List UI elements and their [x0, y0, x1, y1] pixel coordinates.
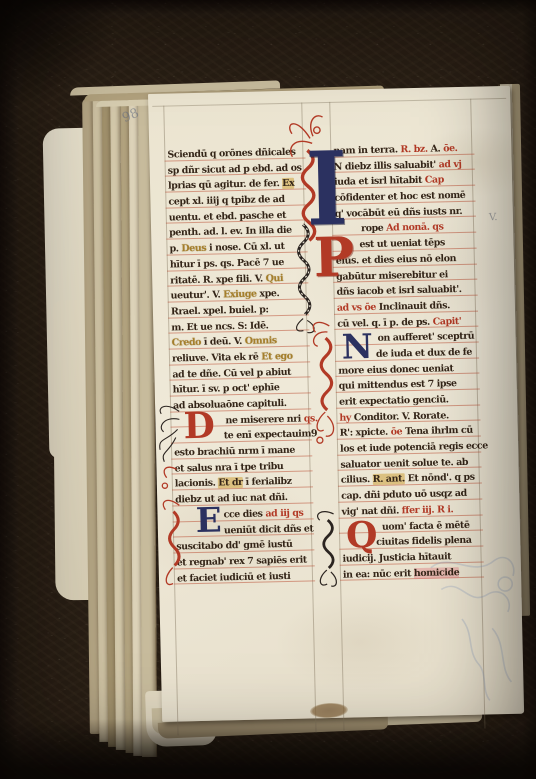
text-segment: ueniūt dicit dñs et — [224, 523, 314, 536]
text-segment: i nose. Cū xl. ut — [206, 241, 285, 254]
text-segment: los et iude potenciā regis ecce — [340, 440, 488, 454]
text-segment: N diebz illis saluabit' — [334, 159, 439, 172]
illuminated-initial-E: E — [177, 500, 226, 541]
text-segment: qui mittendus est 7 ipse — [339, 378, 457, 392]
text-segment: cce dies — [223, 508, 265, 520]
text-segment: ciuitas fidelis plena — [376, 535, 472, 548]
text-segment: rope — [361, 223, 386, 235]
illuminated-initial-N: N — [329, 327, 374, 368]
text-segment: Credo — [172, 337, 202, 349]
red-penwork-flourish-icon — [156, 461, 187, 592]
illuminated-initial-P: P — [301, 220, 347, 321]
text-segment: Exiuge — [223, 289, 257, 301]
manuscript-photograph: 98 V. Sciendū q orōnes dñicalessp dñr si… — [0, 0, 536, 779]
text-segment: Capit' — [433, 316, 462, 328]
text-segment: ōe — [391, 427, 406, 438]
black-penwork-flourish-icon — [309, 508, 339, 589]
margin-pencil-mark: V. — [489, 212, 498, 223]
text-segment: ffer iij. R i. — [402, 504, 454, 516]
text-segment: et salus nra ī tpe tribu — [174, 461, 283, 474]
text-segment: cōfidenter et hoc est nomē — [334, 190, 465, 204]
black-penwork-flourish-icon — [155, 399, 182, 464]
text-segment: saluator uenit solue te. ab — [340, 457, 468, 471]
show-through-sketch — [420, 548, 525, 760]
text-segment: reliuve. Vita ek rē — [172, 351, 262, 364]
text-segment: p. — [169, 243, 181, 254]
text-segment: ritatē. R. xpe fili. V. — [170, 273, 266, 286]
text-segment: cept xl. iiij q tpibz de ad — [168, 194, 284, 208]
text-segment: cilius. — [341, 474, 373, 486]
red-penwork-flourish-icon — [305, 318, 342, 449]
manuscript-page: 98 V. Sciendū q orōnes dñicalessp dñr si… — [148, 86, 524, 722]
text-segment: on aufferet' sceptrū — [377, 331, 474, 344]
text-segment: de iuda et dux de fe — [376, 347, 472, 360]
black-penwork-flourish-icon — [289, 222, 321, 333]
text-segment: Et ego — [261, 351, 293, 363]
text-segment: erit expectatio genciū. — [339, 394, 449, 407]
text-segment: te enī expectauim9 — [224, 429, 318, 442]
text-segment: hītur. ī sv. p oct' ephīe — [173, 382, 280, 395]
text-segment: Inclinauit dñs. — [379, 300, 450, 313]
text-segment: et regnab' rex 7 sapiēs erit — [177, 554, 307, 568]
text-segment: q' vocābūt eū dñs iusts nr. — [335, 206, 463, 220]
text-segment: uentu. et ebd. pasche et — [169, 210, 287, 224]
text-segment: Qui — [266, 272, 284, 283]
illuminated-initial-D: D — [167, 405, 218, 450]
text-segment: uom' facta ē mētē — [382, 519, 470, 532]
text-segment: ueutur'. V. — [170, 290, 223, 302]
text-segment: R. bz. — [400, 144, 430, 156]
text-segment: R. ant. — [373, 474, 405, 486]
text-segment: m. Et ue ncs. S: Idē. — [171, 320, 268, 333]
text-segment: Et dr — [218, 477, 243, 489]
text-segment: ad iij qs — [265, 507, 303, 519]
text-segment: iuda et isrl hītabit — [334, 175, 425, 188]
text-segment: Et nōnd'. q ps — [405, 472, 475, 485]
text-segment: Rrael. xpel. buiel. p: — [171, 304, 269, 317]
text-segment: ōe. — [443, 143, 458, 154]
text-segment: lprias qū agitur. de fer. — [168, 178, 282, 192]
text-segment: Omnis — [245, 335, 277, 347]
text-segment: ad te dñe. Cū vel p abiut — [172, 366, 291, 380]
text-segment: sp dñr sicut ad p ebd. ad os — [168, 162, 302, 176]
text-segment: A. — [430, 143, 443, 154]
text-segment: ne miserere nri — [225, 413, 304, 426]
text-segment: hītur ī ps. qs. Pacē 7 ue — [170, 257, 284, 271]
text-segment: Sciendū q orōnes dñicales — [167, 147, 295, 161]
text-segment: Conditor. V. Rorate. — [354, 410, 449, 423]
text-segment: in ea: nūc erit — [343, 568, 414, 581]
text-segment: Deus — [181, 243, 206, 255]
illuminated-initial-Q: Q — [332, 515, 377, 558]
text-segment: Tena ihrlm cū — [405, 425, 473, 438]
text-segment: Cap — [425, 175, 444, 186]
text-segment: ī ferialibz — [243, 476, 292, 488]
text-segment: est ut ueniat tēps — [359, 237, 445, 250]
text-segment: R': xpicte. — [340, 427, 391, 439]
text-segment: Ad nonā. qs — [386, 222, 444, 234]
text-segment: ī deū. V. — [201, 336, 245, 348]
text-segment: ad vj — [439, 159, 462, 171]
text-segment: et faciet iudiciū et iusti — [177, 570, 291, 584]
text-segment: xpe. — [256, 288, 279, 300]
text-segment: cap. dñi pduto uō usqz ad — [341, 488, 467, 502]
text-line: et faciet iudiciū et iusti — [177, 568, 312, 587]
text-segment: penth. ad. l. ev. In illa die — [169, 225, 292, 239]
